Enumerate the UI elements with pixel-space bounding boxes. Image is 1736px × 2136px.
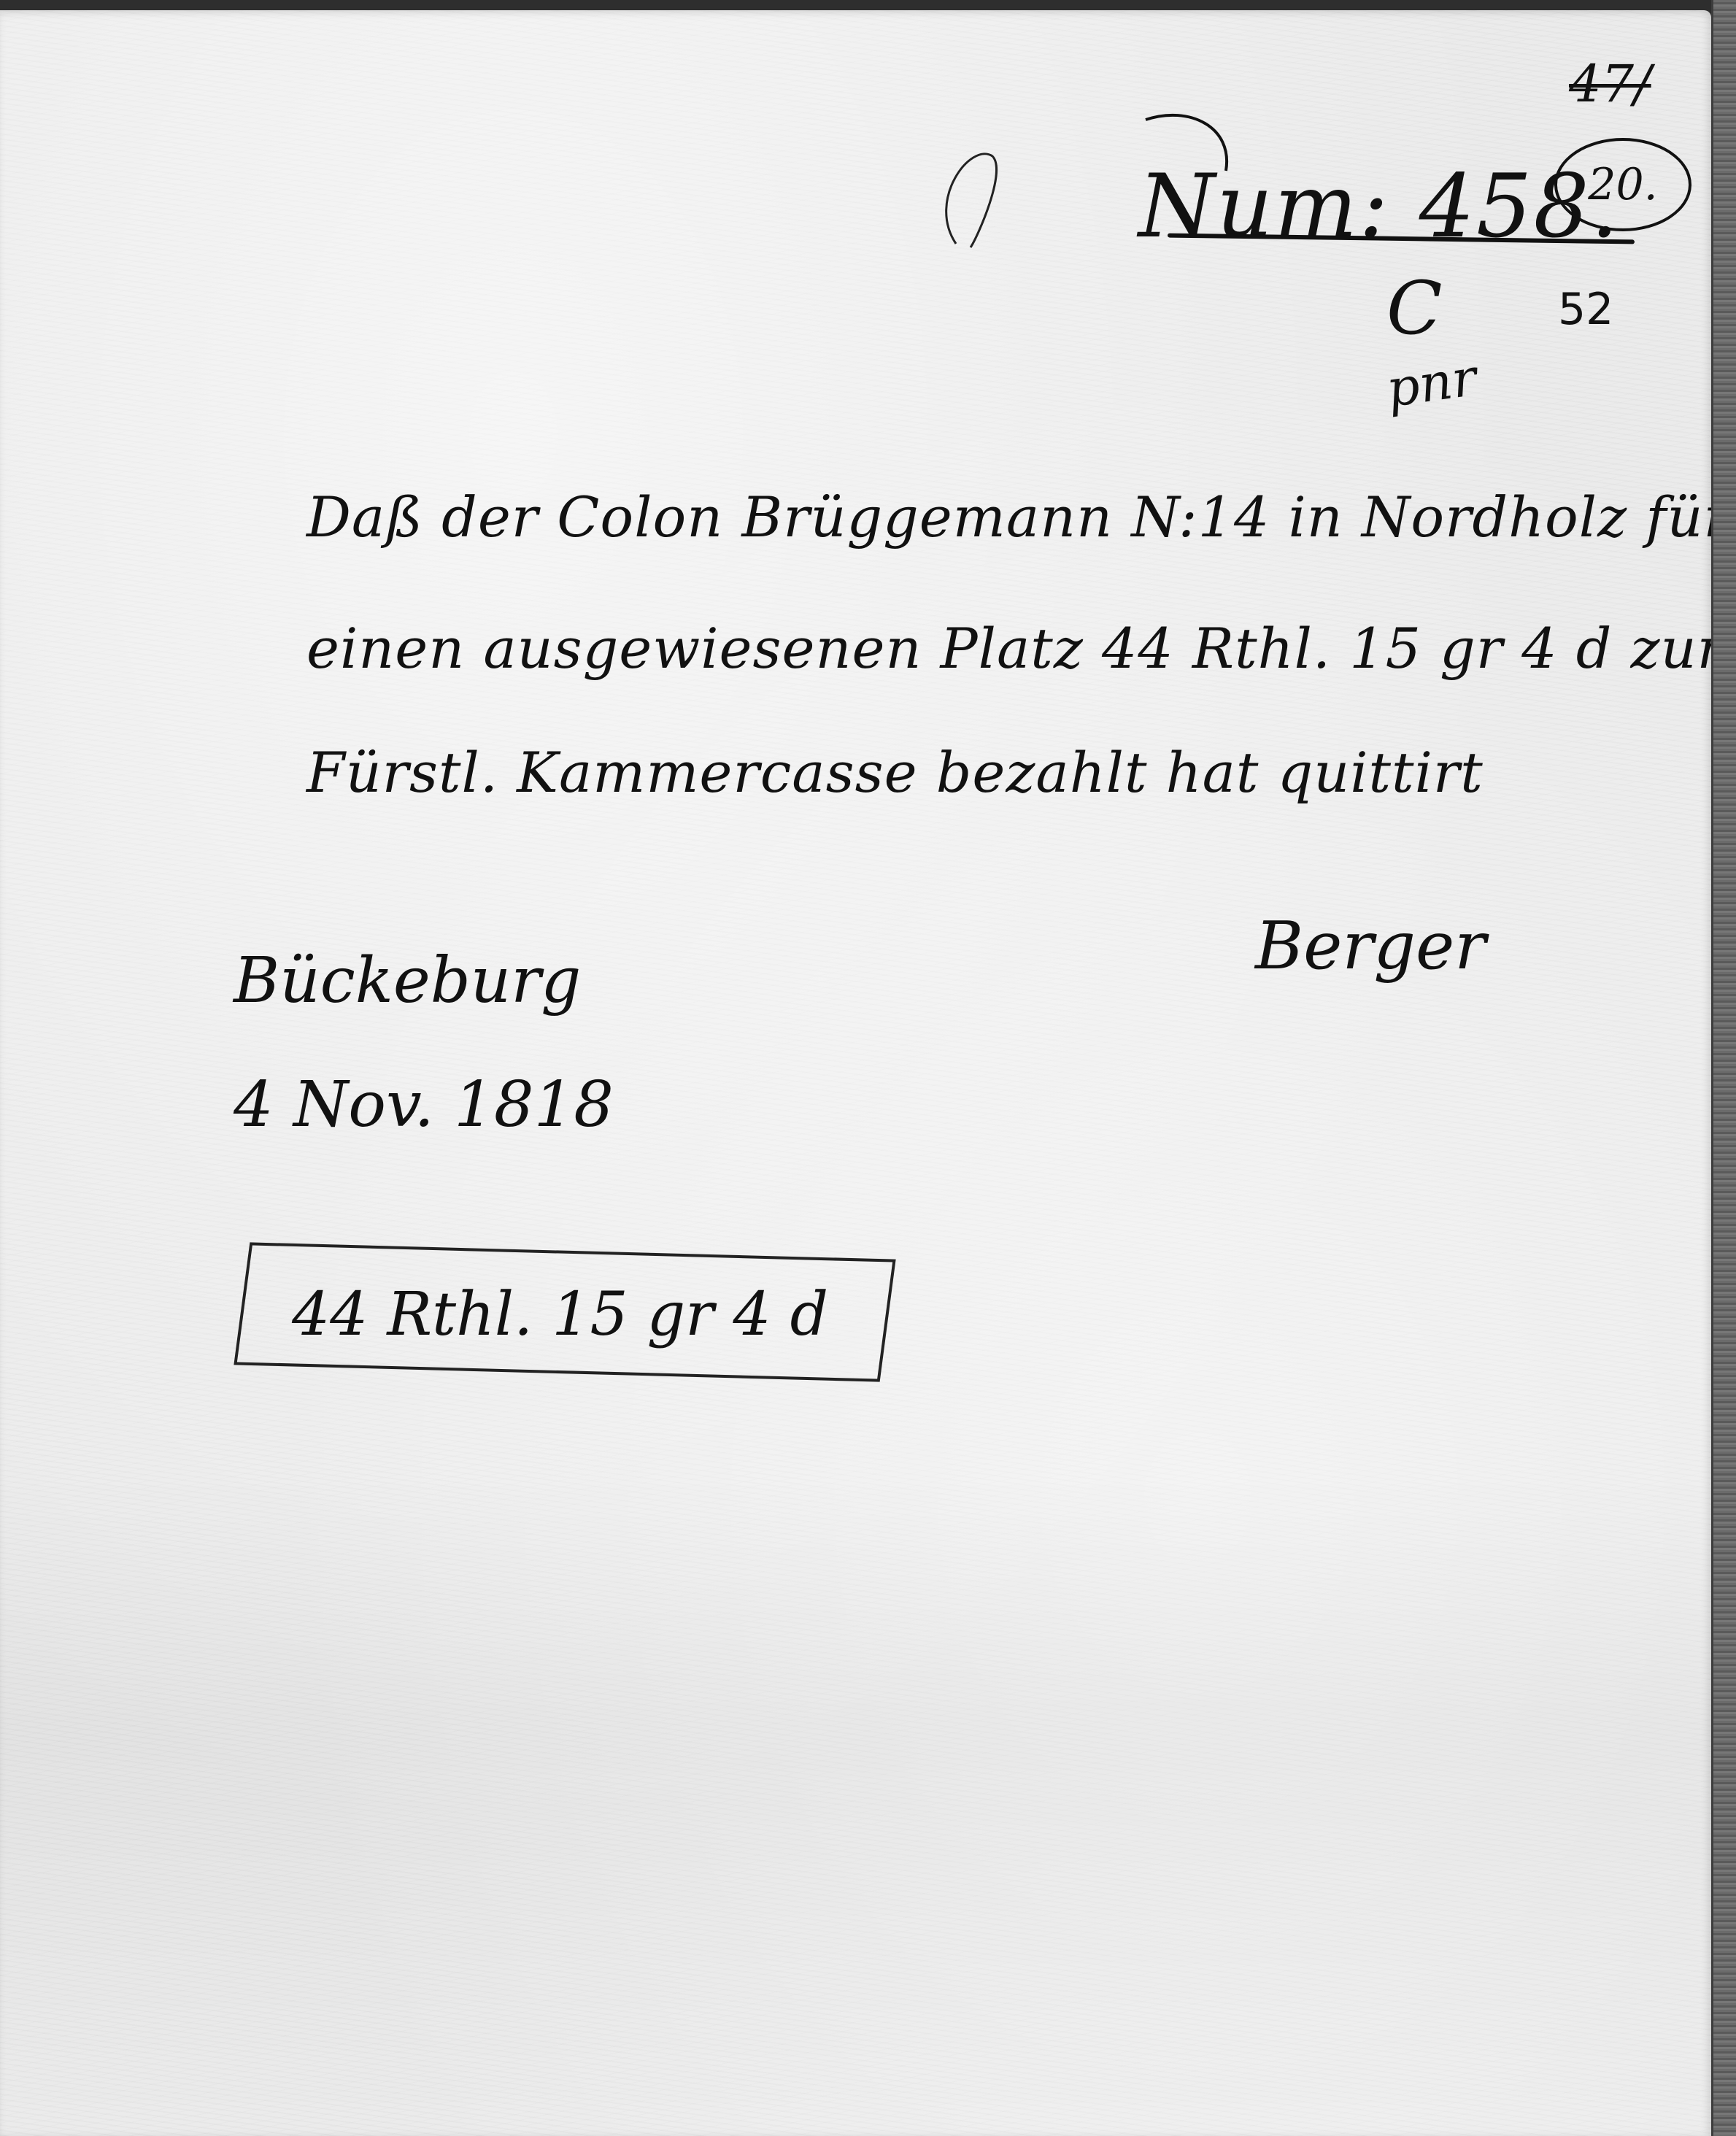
paper-shading: [0, 1470, 1711, 2127]
struck-old-number: 47/: [1569, 54, 1651, 114]
document-page: Num: 458. 47/ 20. 52 C pnr Daß der Colon…: [0, 10, 1711, 2136]
margin-mark: C: [1386, 266, 1443, 351]
circled-folio-number: 20.: [1554, 138, 1691, 231]
margin-abbreviation: pnr: [1383, 347, 1481, 419]
signature: Berger: [1255, 908, 1486, 984]
place-name: Bückeburg: [234, 944, 581, 1017]
date: 4 Nov. 1818: [234, 1068, 614, 1141]
circled-number-text: 20.: [1588, 159, 1657, 210]
adjacent-page-edge: [1711, 0, 1736, 2136]
body-line-1: Daß der Colon Brüggemann N:14 in Nordhol…: [306, 485, 1731, 550]
body-line-2: einen ausgewiesenen Platz 44 Rthl. 15 gr…: [306, 616, 1724, 681]
archive-stamp-number: 52: [1558, 284, 1613, 335]
body-line-3: Fürstl. Kammercasse bezahlt hat quittirt: [306, 740, 1484, 805]
amount-box-text: 44 Rthl. 15 gr 4 d: [292, 1280, 828, 1349]
